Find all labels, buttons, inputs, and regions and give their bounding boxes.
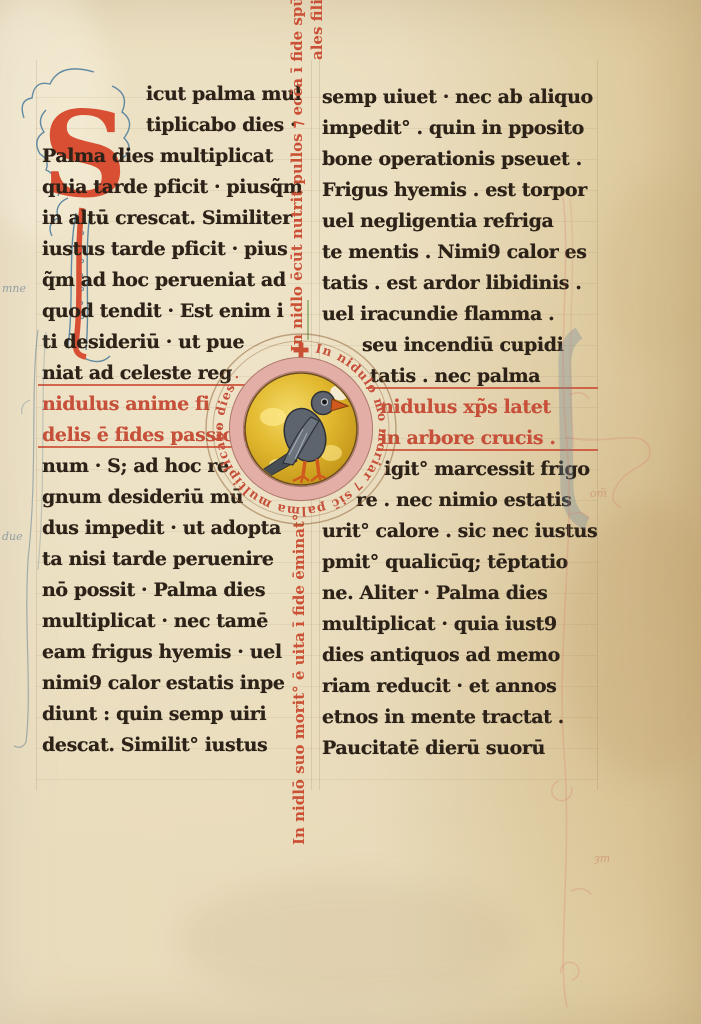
- gutter-gloss-bottom: In nidlō suo morit° ē uita ī fide ēminat…: [289, 505, 309, 845]
- text-line: ta nisi tarde peruenire: [42, 544, 312, 575]
- text-line-content: tiplicabo dies ·: [146, 114, 296, 136]
- text-line: in altū crescat. Similiter: [42, 203, 312, 234]
- text-line: semp uiuet · nec ab aliquo: [322, 82, 594, 113]
- text-line: multiplicat · nec tamē: [42, 606, 312, 637]
- text-line: q̃m ad hoc perueniat ad: [42, 265, 312, 296]
- text-line-content: dies antiquos ad memo: [322, 644, 560, 666]
- text-line-content: quia tarde pficit · piusq̃m: [42, 176, 302, 198]
- text-line: quia tarde pficit · piusq̃m: [42, 172, 312, 203]
- text-line-content: etnos in mente tractat .: [322, 706, 564, 728]
- text-line: nō possit · Palma dies: [42, 575, 312, 606]
- margin-note: due: [2, 530, 23, 543]
- text-line-content: uel negligentia refriga: [322, 210, 553, 232]
- margin-note: mne: [2, 282, 26, 295]
- text-line-content: impedit° . quin in pposito: [322, 117, 584, 139]
- text-line: nimi9 calor estatis inpe: [42, 668, 312, 699]
- text-line-content: semp uiuet · nec ab aliquo: [322, 86, 593, 108]
- parchment-stain: [180, 880, 520, 1000]
- text-line: Palma dies multiplicat: [42, 141, 312, 172]
- text-line-content: pmit° qualicūq; tēptatio: [322, 551, 568, 573]
- text-line-content: q̃m ad hoc perueniat ad: [42, 269, 286, 291]
- text-line-content: ne. Aliter · Palma dies: [322, 582, 547, 604]
- text-line-content: Paucitatē dierū suorū: [322, 737, 545, 759]
- bird-roundel-miniature: In nidulo m̄o moriar ⁊ sic̄ palma multip…: [191, 319, 411, 539]
- text-line-content: riam reducit · et annos: [322, 675, 556, 697]
- text-line-content: in altū crescat. Similiter: [42, 207, 292, 229]
- text-line: iustus tarde pficit · pius: [42, 234, 312, 265]
- text-line: eam frigus hyemis · uel: [42, 637, 312, 668]
- text-line-content: Palma dies multiplicat: [42, 145, 273, 167]
- manuscript-page: S icut palma multiplicabo dies ·Palma di…: [0, 0, 701, 1024]
- grey-offset-mark: [565, 333, 587, 523]
- text-line-content: tatis . est ardor libidinis .: [322, 272, 582, 294]
- pink-flourish: [552, 197, 650, 1007]
- bird-eye: [322, 400, 326, 404]
- roundel-cross-icon: [294, 343, 309, 358]
- text-line-content: iustus tarde pficit · pius: [42, 238, 287, 260]
- text-line: impedit° . quin in pposito: [322, 113, 594, 144]
- gutter-gloss-line: In nidlo ēcūt nutrit pullos ⁊ ecc̃a ī fi…: [287, 0, 307, 352]
- right-margin-penwork: [545, 185, 701, 1015]
- gutter-gloss-top: In nidlo ēcūt nutrit pullos ⁊ ecc̃a ī fi…: [287, 0, 327, 352]
- text-line: descat. Similit° iustus: [42, 730, 312, 761]
- text-line: bone operationis pseuet .: [322, 144, 594, 175]
- text-line-content: multiplicat · quia iust9: [322, 613, 557, 635]
- gutter-gloss-line: ales filios ·: [307, 0, 327, 60]
- text-line-content: nimi9 calor estatis inpe: [42, 672, 285, 694]
- text-line-content: bone operationis pseuet .: [322, 148, 582, 170]
- text-line: diunt : quin semp uiri: [42, 699, 312, 730]
- margin-note: om̃: [590, 487, 607, 500]
- text-line-content: icut palma mul: [146, 83, 301, 105]
- margin-note: ȝm: [594, 852, 610, 865]
